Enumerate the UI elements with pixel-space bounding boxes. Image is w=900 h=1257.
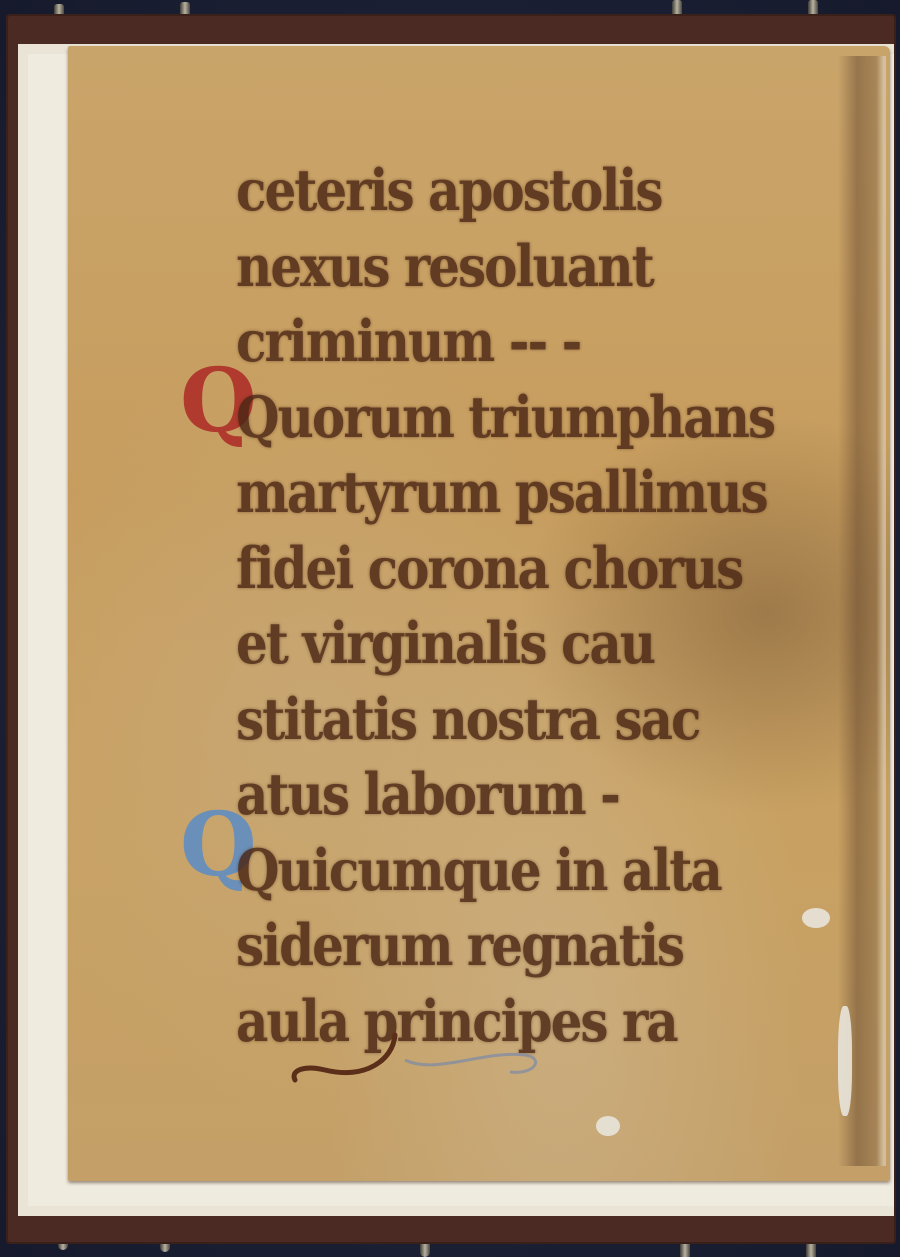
- text-line: fidei corona chorus: [236, 528, 736, 615]
- leaf-edge-stain: [838, 56, 886, 1166]
- manuscript-text: ceteris apostolis nexus resoluant crimin…: [236, 150, 736, 1056]
- pen-flourish: [285, 1030, 555, 1085]
- text-line: ceteris apostolis: [236, 150, 736, 237]
- text-line: siderum regnatis: [236, 905, 736, 992]
- text-line: Quicumque in alta: [236, 830, 736, 917]
- text-line: nexus resoluant: [236, 226, 736, 313]
- text-line: martyrum psallimus: [236, 452, 736, 539]
- parchment-loss: [838, 1006, 852, 1116]
- text-line: et virginalis cau: [236, 603, 736, 690]
- parchment-loss: [596, 1116, 620, 1136]
- text-line: criminum -- -: [236, 301, 736, 388]
- parchment-loss: [802, 908, 830, 928]
- text-line: atus laborum -: [236, 754, 736, 841]
- text-line: Quorum triumphans: [236, 377, 736, 464]
- text-line: stitatis nostra sac: [236, 679, 736, 766]
